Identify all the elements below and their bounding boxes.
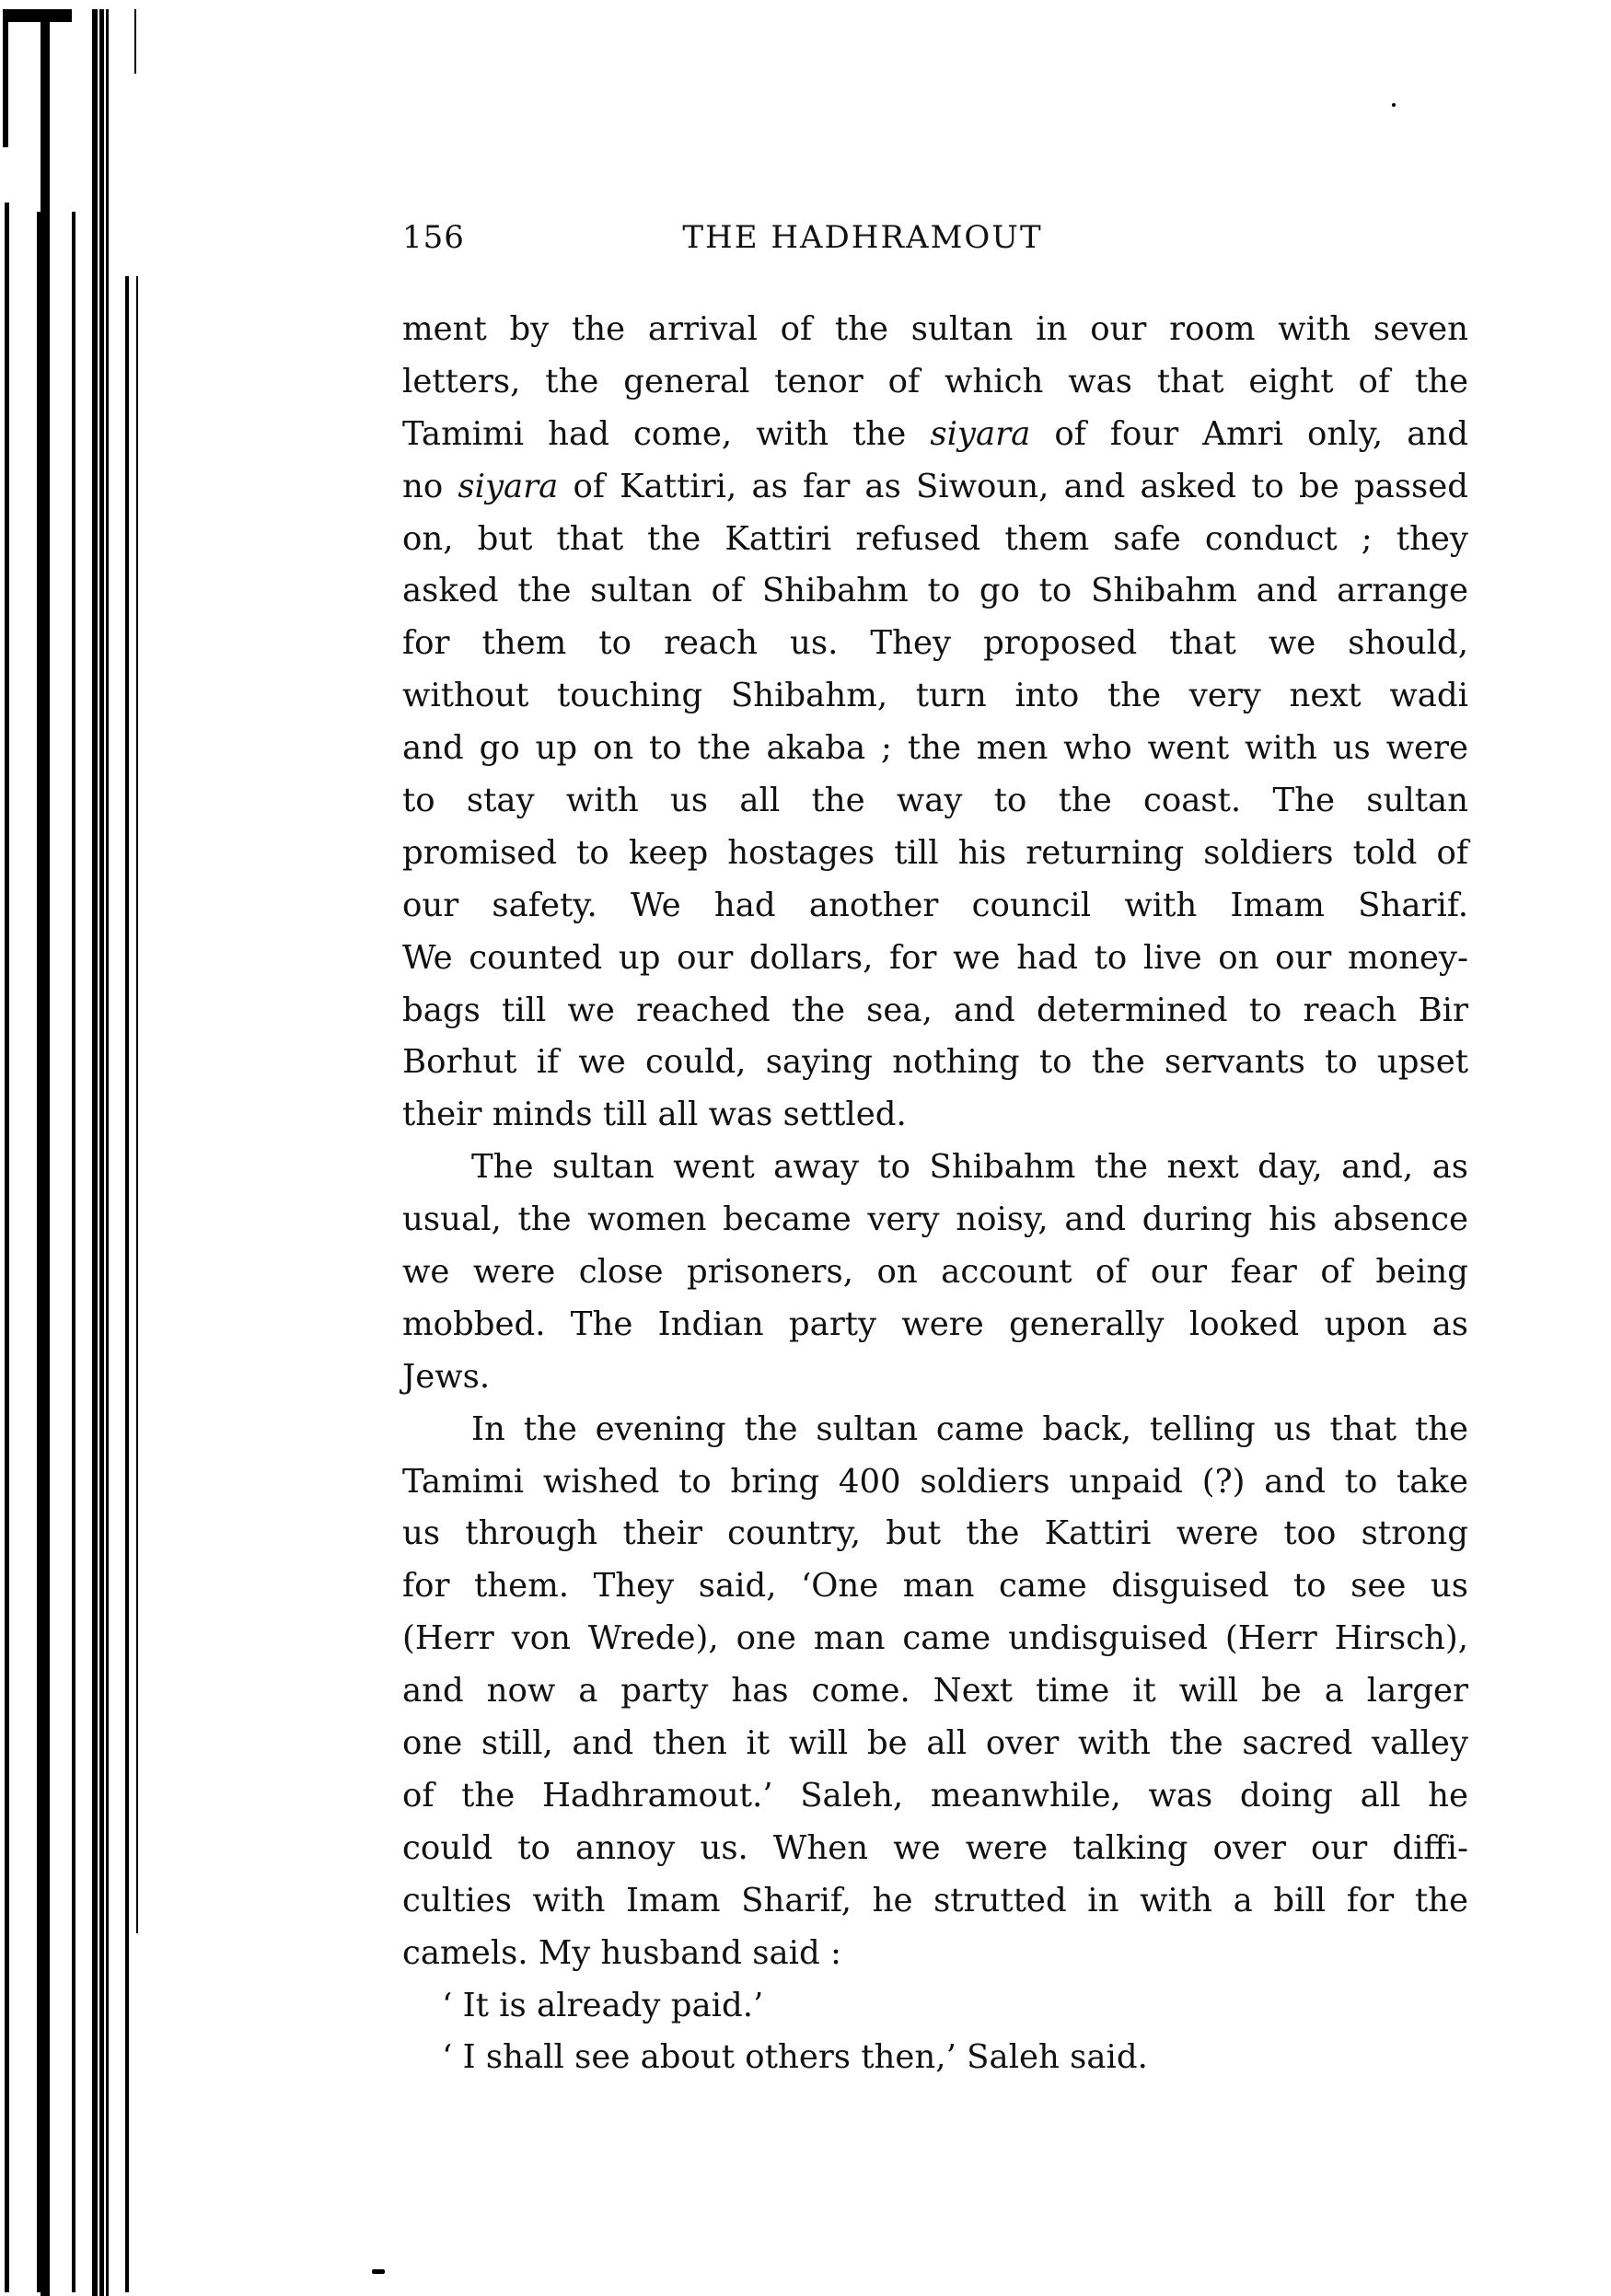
- paragraph: The sultan went away to Shibahm the next…: [402, 1142, 1468, 1403]
- text-line: ‘ I shall see about others then,’ Saleh …: [402, 2032, 1468, 2084]
- text-line: promised to keep hostages till his retur…: [402, 828, 1468, 880]
- text-line: mobbed. The Indian party were generally …: [402, 1299, 1468, 1351]
- scan-speck: [372, 2269, 385, 2274]
- text-line: Tamimi wished to bring 400 soldiers unpa…: [402, 1456, 1468, 1509]
- text-line: our safety. We had another council with …: [402, 880, 1468, 933]
- text-line: culties with Imam Sharif, he strutted in…: [402, 1875, 1468, 1928]
- text-line: and now a party has come. Next time it w…: [402, 1665, 1468, 1718]
- paragraph: ‘ It is already paid.’: [402, 1980, 1468, 2033]
- running-header: 156 THE HADHRAMOUT: [402, 219, 1470, 256]
- text-line: on, but that the Kattiri refused them sa…: [402, 514, 1468, 566]
- text-line: camels. My husband said :: [402, 1928, 1468, 1980]
- text-line: Jews.: [402, 1351, 1468, 1404]
- text-line: to stay with us all the way to the coast…: [402, 775, 1468, 828]
- text-line: for them to reach us. They proposed that…: [402, 618, 1468, 670]
- binding-gutter: [0, 0, 212, 2296]
- italic-term: siyara: [930, 415, 1030, 453]
- text-line: ‘ It is already paid.’: [402, 1980, 1468, 2033]
- paragraph: ‘ I shall see about others then,’ Saleh …: [402, 2032, 1468, 2084]
- text-line: no siyara of Kattiri, as far as Siwoun, …: [402, 461, 1468, 514]
- text-line: In the evening the sultan came back, tel…: [402, 1404, 1468, 1456]
- italic-term: siyara: [458, 468, 558, 505]
- text-line: for them. They said, ‘One man came disgu…: [402, 1560, 1468, 1613]
- text-line: Borhut if we could, saying nothing to th…: [402, 1037, 1468, 1089]
- text-line: one still, and then it will be all over …: [402, 1718, 1468, 1770]
- text-line: (Herr von Wrede), one man came undisguis…: [402, 1613, 1468, 1665]
- text-line: usual, the women became very noisy, and …: [402, 1194, 1468, 1247]
- text-line: ment by the arrival of the sultan in our…: [402, 304, 1468, 356]
- text-line: The sultan went away to Shibahm the next…: [402, 1142, 1468, 1194]
- text-line: of the Hadhramout.’ Saleh, meanwhile, wa…: [402, 1770, 1468, 1823]
- text-line: us through their country, but the Kattir…: [402, 1508, 1468, 1560]
- book-page: 156 THE HADHRAMOUT ment by the arrival o…: [0, 0, 1611, 2296]
- text-line: their minds till all was settled.: [402, 1089, 1468, 1142]
- text-line: could to annoy us. When we were talking …: [402, 1823, 1468, 1875]
- running-title: THE HADHRAMOUT: [402, 219, 1323, 256]
- text-line: Tamimi had come, with the siyara of four…: [402, 409, 1468, 461]
- text-line: We counted up our dollars, for we had to…: [402, 933, 1468, 985]
- text-line: without touching Shibahm, turn into the …: [402, 670, 1468, 723]
- text-line: we were close prisoners, on account of o…: [402, 1247, 1468, 1299]
- text-line: bags till we reached the sea, and determ…: [402, 985, 1468, 1038]
- paragraph: In the evening the sultan came back, tel…: [402, 1404, 1468, 1980]
- paragraph: ment by the arrival of the sultan in our…: [402, 304, 1468, 1142]
- body-text: ment by the arrival of the sultan in our…: [402, 304, 1468, 2084]
- scan-speck: [1392, 103, 1396, 107]
- text-line: asked the sultan of Shibahm to go to Shi…: [402, 565, 1468, 618]
- text-line: and go up on to the akaba ; the men who …: [402, 723, 1468, 775]
- text-line: letters, the general tenor of which was …: [402, 356, 1468, 409]
